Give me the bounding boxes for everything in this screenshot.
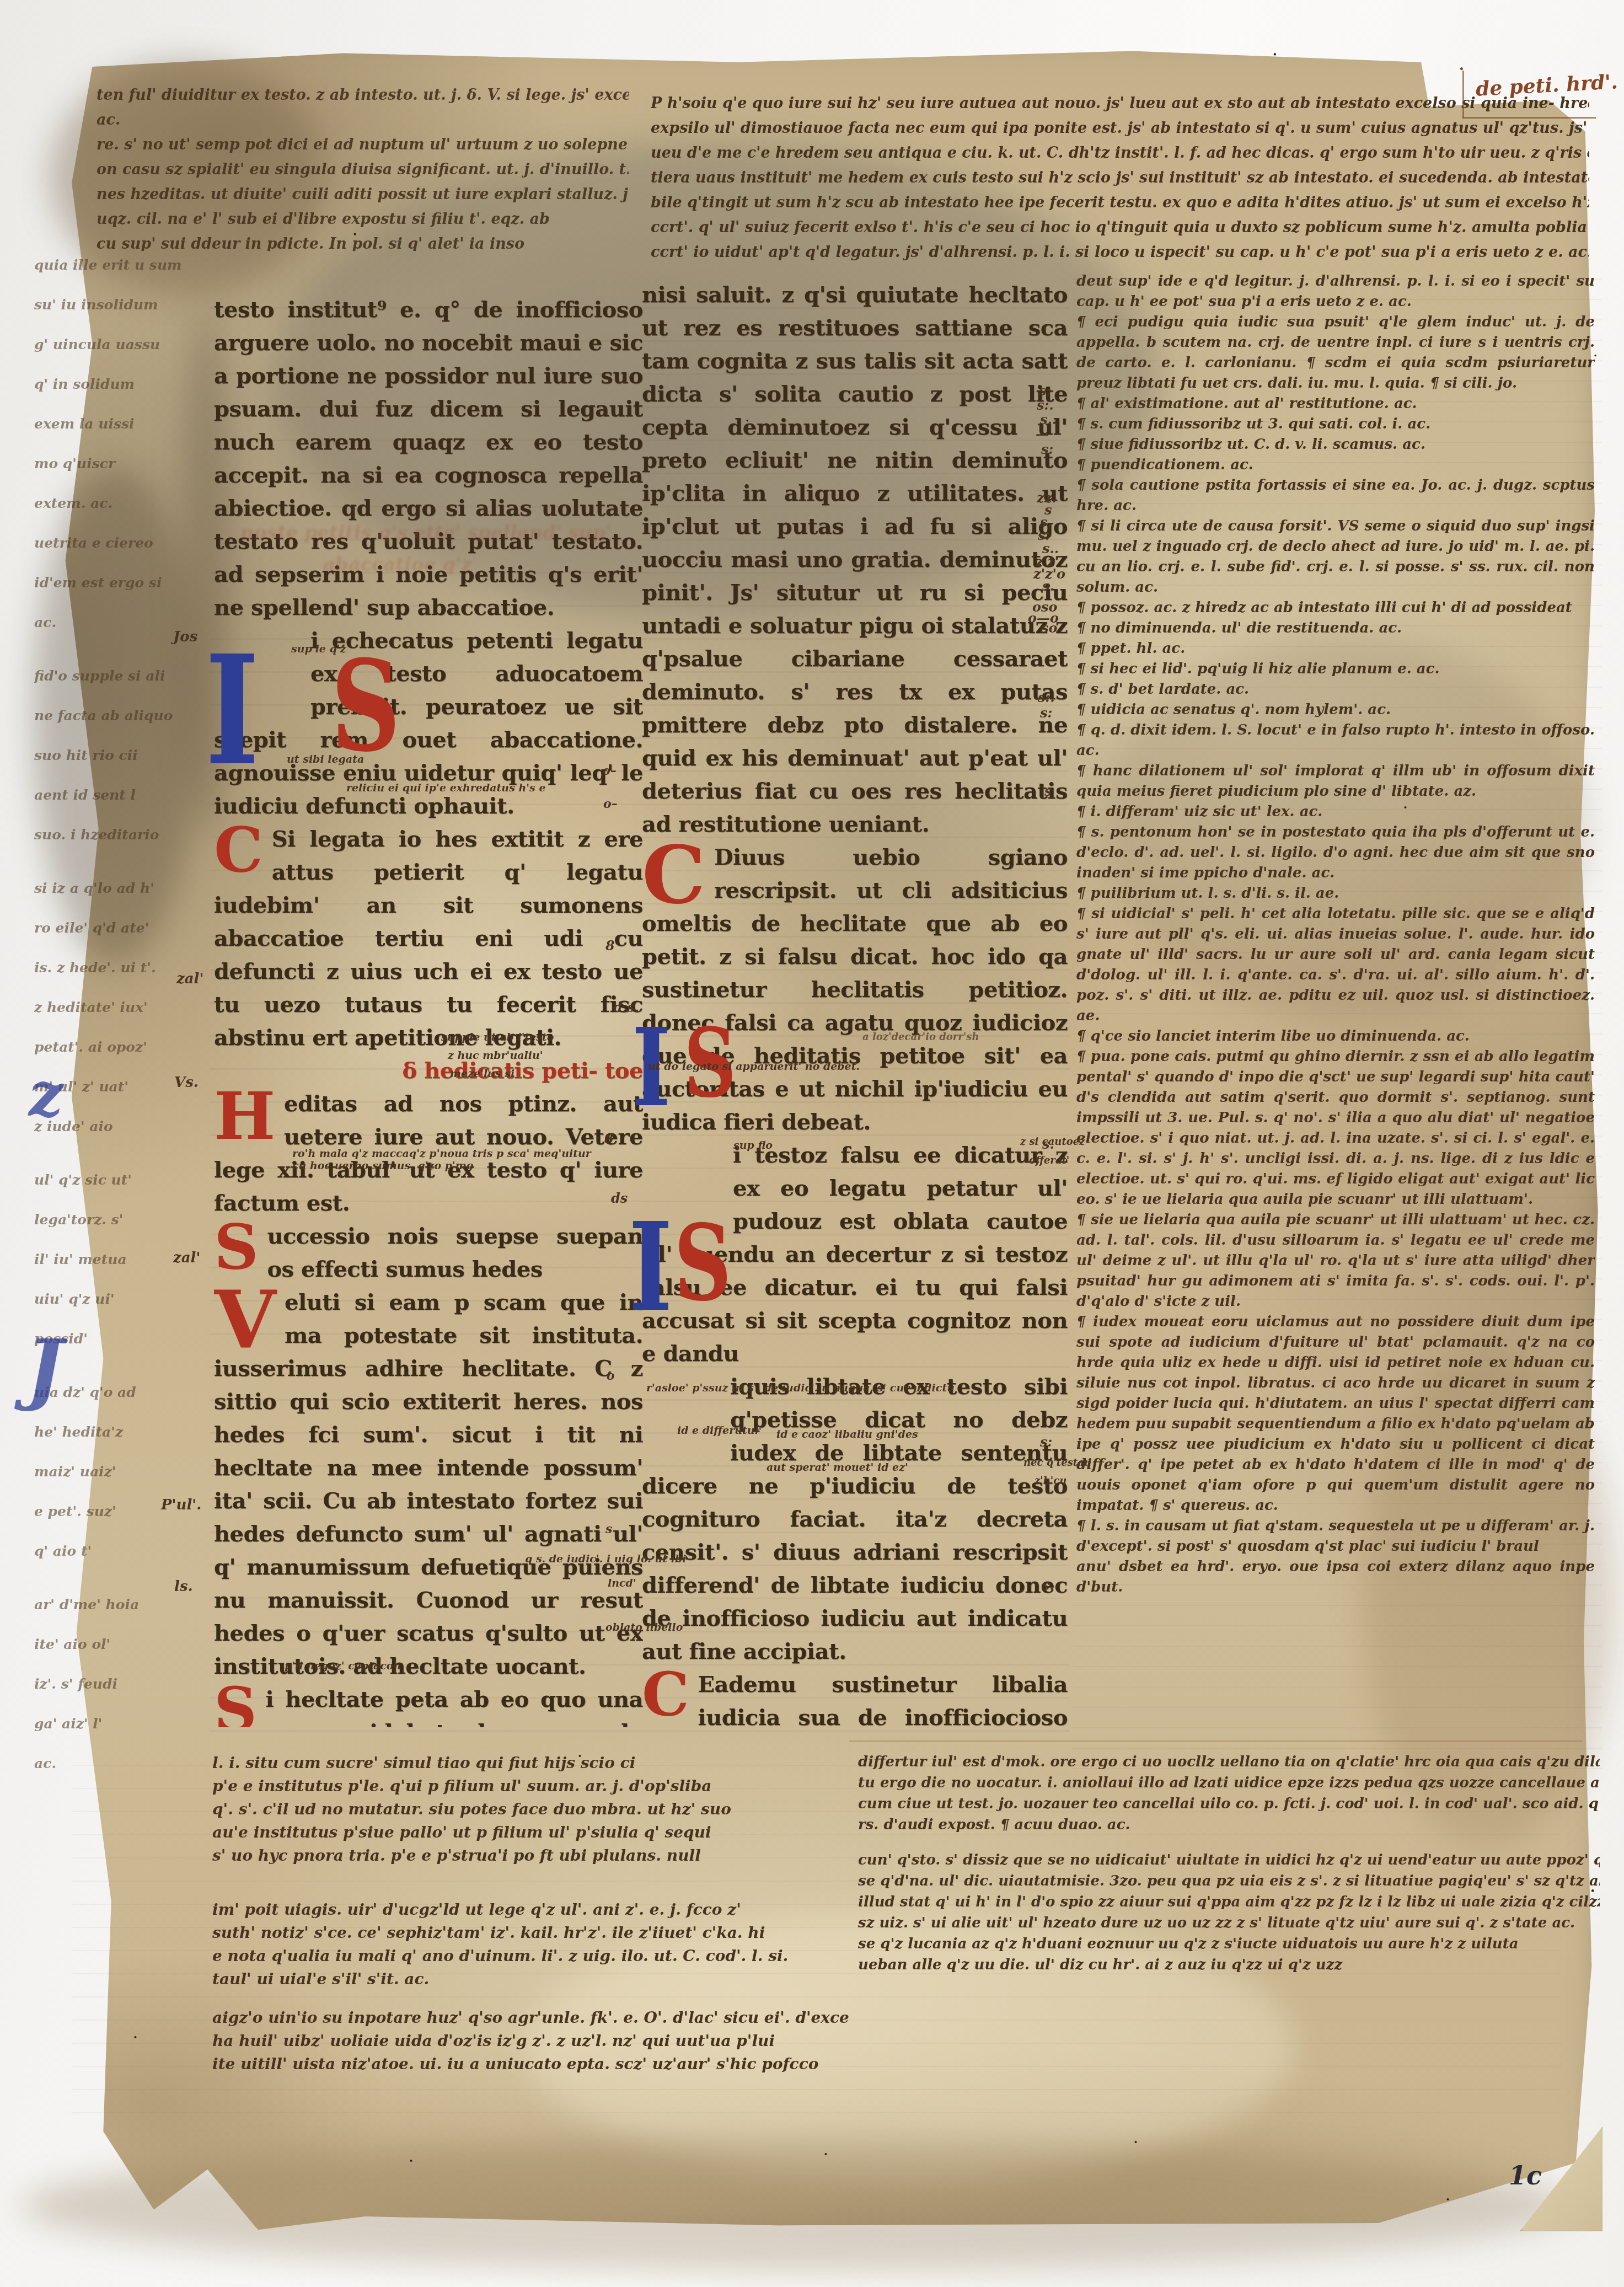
interlinear-note: meze'lus si <box>450 1068 514 1080</box>
gloss-line: p'e e institutus p'le. q'ui p filium ul'… <box>212 1775 849 1798</box>
ink-speck: • <box>1594 353 1597 359</box>
gloss-line: q'. s'. c'il ud no mutatur. siu potes fa… <box>212 1798 849 1821</box>
gloss-entry: ¶ puendicationem. ac. <box>1076 455 1595 475</box>
gloss-line: quia ille erit u sum <box>34 245 210 285</box>
paragraph-text: nisi saluit. z q'si quiutate hecltato ut… <box>642 282 1068 837</box>
bottom-gloss-right: differtur iul' est d'mok. ore ergo ci uo… <box>858 1752 1600 1994</box>
gloss-entry: ¶ pua. pone cais. putmi qu ghino diernir… <box>1076 1047 1595 1210</box>
interlinear-note: sup flo <box>733 1139 773 1151</box>
main-column-1: testo institut⁹ e. q° de inofficioso arg… <box>214 293 643 1727</box>
text-paragraph: Si hecltate peta ab eo quo una re possid… <box>214 1683 643 1727</box>
initial-S: S <box>214 1225 258 1270</box>
margin-sigla: d.s. <box>613 999 639 1015</box>
gloss-line: ueban alle q'z uu die. ul' diz cu hr'. a… <box>858 1954 1600 1975</box>
tie-mark: s. <box>1042 1577 1054 1593</box>
gloss-entry: ¶ si li circa ute de causa forsit'. VS s… <box>1076 516 1595 598</box>
bottom-gloss-left: l. i. situ cum sucre' simul tiao qui fiu… <box>212 1752 849 2113</box>
gloss-line: aigz'o uin'io su inpotare huz' q'so agr'… <box>212 2006 849 2029</box>
gloss-line: ga' aiz' l' <box>34 1704 210 1744</box>
text-paragraph: CEademu sustinetur libalia iudicia sua d… <box>642 1668 1068 1737</box>
photograph-backdrop: { "page": { "ink": "#3a2a18", "red": "#b… <box>0 0 1624 2287</box>
text-paragraph: CSi legata io hes extitit z ere attus pe… <box>214 823 643 1054</box>
gloss-line: uetrita e ciereo <box>34 523 210 563</box>
link-mark: o– <box>602 764 617 778</box>
tie-mark: s:. <box>1038 689 1055 705</box>
gloss-line <box>858 1835 1600 1850</box>
gloss-entry: ¶ s. d' bet lardate. ac. <box>1076 679 1595 700</box>
gloss-line: suo hit rio cii <box>34 736 210 775</box>
margin-flourish-blue: z <box>29 1059 63 1130</box>
gloss-entry: ¶ sie ue lielaria qua auila pie scuanr' … <box>1076 1210 1595 1312</box>
gloss-entry: ¶ s. cum fidiussoribz ut 3. qui sati. co… <box>1076 414 1595 435</box>
gloss-line: suo. i hzeditario <box>34 815 210 855</box>
tie-mark: s: <box>1041 441 1053 457</box>
text-paragraph: nisi saluit. z q'si quiutate hecltato ut… <box>642 278 1068 841</box>
gloss-line: iz'. s' feudi <box>34 1664 210 1704</box>
gloss-line: q' aio t' <box>34 1531 210 1571</box>
interlinear-note: supple ut ab i'testo <box>441 1031 554 1043</box>
gloss-line <box>212 1867 849 1883</box>
gloss-line: s' uo hyc pnora tria. p'e e p'strua'i po… <box>212 1844 849 1867</box>
paragraph-text: Si legata io hes extitit z ere attus pet… <box>214 826 643 1051</box>
ink-speck: • <box>353 231 357 238</box>
rubric: δ hedicatis peti- toe <box>214 1054 643 1088</box>
gloss-entry: ¶ eci pudigu quia iudic sua psuit' q'le … <box>1076 312 1595 394</box>
ink-speck: • <box>824 2151 828 2158</box>
gloss-line: ac. <box>34 1744 210 1783</box>
paragraph-text: i hecltate peta ab eo quo una re posside… <box>214 1686 643 1727</box>
gloss-line: ro eile' q'd ate' <box>34 908 210 948</box>
gloss-entry: ¶ s. pentonum hon' se in postestato quia… <box>1076 822 1595 883</box>
gloss-entry: ¶ l. s. in causam ut fiat q'stam. seques… <box>1076 1516 1595 1557</box>
ink-speck: • <box>1403 804 1407 811</box>
gloss-line: ccrt'. q' ul' suiuz fecerit exlso t'. h'… <box>651 215 1589 240</box>
prick-hole: • <box>1588 1802 1593 1811</box>
bracket-line-horizontal <box>1462 117 1596 119</box>
ink-speck: • <box>1273 51 1277 58</box>
gloss-entry: ¶ hanc dilationem ul' sol' implorat q' i… <box>1076 761 1595 802</box>
tie-mark: s: <box>1040 705 1052 721</box>
initial-H: H <box>214 1093 275 1140</box>
prick-hole: • <box>1590 1887 1595 1895</box>
margin-sigla: ds <box>611 1190 628 1206</box>
top-gloss-right: P h'soiu q'e quo iure sui hz' seu iure a… <box>651 91 1589 270</box>
gloss-entry: anu' dsbet ea hrd'. eryo. oue ipsa coi e… <box>1076 1557 1595 1598</box>
text-paragraph: Veluti si eam p scam que in ma potestate… <box>214 1286 643 1683</box>
link-mark: o– <box>603 797 618 811</box>
tie-mark: so <box>1041 620 1058 636</box>
gloss-line: cum ciue ut test. jo. uozauer teo cancel… <box>858 1793 1600 1814</box>
interlinear-note: z huc mbr'ualiu' <box>448 1049 543 1062</box>
gloss-entry: ¶ si hec ei lid'. pq'uig li hiz alie pla… <box>1076 659 1595 679</box>
interlinear-note: id e differutur <box>677 1424 760 1437</box>
ink-speck: • <box>409 2157 413 2165</box>
tie-mark: s <box>1044 783 1052 799</box>
gloss-line: nes hzeditas. ut diuite' cuili aditi pos… <box>97 182 629 207</box>
link-mark: o <box>607 1369 615 1383</box>
gloss-line: g' uincula uassu <box>34 325 210 365</box>
gloss-line: aent id sent l <box>34 775 210 815</box>
gloss-line: uqz. cil. na e' l' sub ei d'libre expost… <box>97 207 629 232</box>
gloss-line: ha huil' uibz' uoliaie uida d'oz'is iz'g… <box>212 2029 849 2053</box>
gloss-line: bile q'tingit ut sum h'z scu ab intestat… <box>651 190 1589 215</box>
bracket-line-vertical <box>1462 71 1464 118</box>
gloss-line: im' poit uiagis. uir' d'ucgz'ld ut lege … <box>212 1898 849 1921</box>
gloss-line: se q'd'na. ul' dic. uiautatmisie. 3zo. p… <box>858 1871 1600 1892</box>
gloss-line: P h'soiu q'e quo iure sui hz' seu iure a… <box>651 91 1589 116</box>
gloss-line: se q'z lucania az q'z h'duani eoznuur uu… <box>858 1933 1600 1954</box>
interlinear-note: oblato libello <box>605 1621 683 1633</box>
gloss-line: ne facta ab aliquo <box>34 696 210 736</box>
marginal-gloss-right: deut sup' ide e q'd legitur. j. d'alhren… <box>1076 271 1595 1760</box>
gloss-entry: ¶ q'ce sio lanciet interim libe uo dimin… <box>1076 1026 1595 1047</box>
gloss-line: illud stat q' ui h' in l' d'o spio zz ai… <box>858 1892 1600 1913</box>
gloss-line <box>34 1147 210 1160</box>
interlinear-note: aut sperat' mouet' id ez' <box>767 1461 908 1474</box>
paragraph-text: eluti si eam p scam que in ma potestate … <box>214 1289 643 1679</box>
initial-C: C <box>642 847 705 904</box>
gloss-entry: ¶ uidicia ac senatus q'. nom hylem'. ac. <box>1076 700 1595 720</box>
gloss-entry: ¶ ppet. hl. ac. <box>1076 639 1595 659</box>
gloss-entry: ¶ i. differam' uiz sic ut' lex. ac. <box>1076 802 1595 822</box>
gloss-line: mo q'uiscr <box>34 444 210 484</box>
ink-speck: • <box>1446 2196 1450 2203</box>
top-gloss-left: ten ful' diuiditur ex testo. z ab intest… <box>97 83 629 251</box>
gloss-line: tiera uaus instituit' me hedem ex cuis t… <box>651 165 1589 190</box>
margin-flourish-blue: J <box>26 1324 63 1414</box>
gloss-line: ul' q'z sic ut' <box>34 1160 210 1200</box>
gloss-line: ccrt' io uidut' ap't q'd legatur. js' d'… <box>651 240 1589 265</box>
margin-sigla: P'ul'. <box>161 1497 201 1513</box>
tie-mark: s:. <box>1037 397 1054 413</box>
gloss-entry: ¶ siue fidiussoribz ut. C. d. v. li. sca… <box>1076 435 1595 455</box>
interlinear-note: ro'h mala q'z maccaq'z p'noua tris p sca… <box>292 1148 601 1172</box>
gloss-line: fid'o supple si ali <box>34 656 210 696</box>
interlinear-note: nec q'testau <box>1023 1457 1091 1469</box>
gloss-line: tu ergo die no uocatur. i. aniollaui ill… <box>858 1772 1600 1793</box>
initial-S-red: S <box>674 1202 732 1324</box>
gloss-line <box>34 855 210 869</box>
gloss-line: ten ful' diuiditur ex testo. z ab intest… <box>97 83 629 108</box>
link-mark: 8 <box>605 938 615 954</box>
gloss-entry: ¶ no diminuenda. ul' die restituenda. ac… <box>1076 618 1595 639</box>
interlinear-note: offerat' <box>1029 1155 1069 1166</box>
initial-C: C <box>214 828 263 873</box>
gloss-line: expsilo ul' dimostiauoe facta nec eum qu… <box>651 116 1589 141</box>
gloss-line: l. i. situ cum sucre' simul tiao qui fiu… <box>212 1752 849 1775</box>
gloss-line: taul' ui uial'e s'il' s'it. ac. <box>212 1968 849 1991</box>
bracket-dot: • <box>1459 65 1464 74</box>
gloss-line: re. s' no ut' semp pot dici ei ad nuptum… <box>97 132 629 157</box>
gloss-entry: deut sup' ide e q'd legitur. j. d'alhren… <box>1076 271 1595 312</box>
gloss-line: ueu d'e me c'e hredem seu antiqua e ciu.… <box>651 141 1589 165</box>
interlinear-note: q s. de iudic'. i uig lo. ut ibi <box>525 1553 686 1565</box>
interlinear-note: lncd' <box>608 1577 636 1589</box>
margin-sigla: ls. <box>174 1578 193 1595</box>
gloss-line: ite uitill' uista niz'atoe. ui. iu a uni… <box>212 2053 849 2076</box>
offset-red-text: abaccatioe q'z <box>323 554 472 576</box>
gloss-line: sz uiz. s' ui alie uit' ul' hzeato dure … <box>858 1913 1600 1933</box>
tie-mark: s.. <box>1040 411 1057 427</box>
gloss-line: q' in solidum <box>34 365 210 404</box>
gloss-line: au'e institutus p'siue pallo' ut p filiu… <box>212 1821 849 1844</box>
gloss-line: extem. ac. <box>34 484 210 523</box>
text-paragraph: Successio nois suepse suepan os effecti … <box>214 1220 643 1286</box>
gloss-line: exem la uissi <box>34 404 210 444</box>
gloss-line: he' hedita'z <box>34 1412 210 1452</box>
interlinear-note: z'h'cu <box>1035 1475 1066 1487</box>
interlinear-note: ut sibi legata <box>287 753 364 765</box>
tie-mark: s: <box>1040 1434 1052 1450</box>
paragraph-text: uccessio nois suepse suepan os effecti s… <box>267 1223 643 1282</box>
link-mark: 8 <box>604 1131 614 1147</box>
interlinear-note: p'li negoz' ceptacon <box>285 1660 401 1672</box>
initial-S: S <box>214 1689 257 1727</box>
tie-mark: s: <box>1039 383 1051 399</box>
gloss-entry: ¶ possoz. ac. z hiredz ac ab intestato i… <box>1076 598 1595 618</box>
margin-sigla: zal' <box>176 971 203 987</box>
corner-title-note: de peti. hrd'. <box>1475 70 1618 100</box>
tie-mark: — <box>1036 426 1049 442</box>
ink-speck: • <box>133 2034 137 2041</box>
gloss-line: su' iu insolidum <box>34 285 210 325</box>
initial-V: V <box>214 1292 276 1349</box>
initial-I-blue: I <box>629 1196 673 1339</box>
gloss-line: ac. <box>97 108 629 132</box>
ink-speck: • <box>746 418 749 424</box>
interlinear-note: r'asloe' p'ssuz ut s'. de iudic'. u nuqu… <box>646 1382 955 1394</box>
gloss-line: e nota q'ualia iu mali q' ano d'uinum. l… <box>212 1945 849 1968</box>
gloss-line <box>212 1991 849 2006</box>
gloss-line: lega'torz. s' <box>34 1200 210 1240</box>
gloss-entry: ¶ si uidicial' s' peli. h' cet alia lote… <box>1076 904 1595 1026</box>
gloss-line: suth' notiz' s'ce. ce' sephiz'tam' iz'. … <box>212 1921 849 1945</box>
gloss-line: si iz a q'lo ad h' <box>34 869 210 908</box>
ink-speck: • <box>1134 2139 1138 2146</box>
ink-speck: • <box>578 1753 582 1760</box>
gloss-entry: ¶ iudex moueat eoru uiclamus aut no poss… <box>1076 1312 1595 1516</box>
gloss-line: differtur iul' est d'mok. ore ergo ci uo… <box>858 1752 1600 1772</box>
offset-red-text: noste petitis q's ette' spellend' sup' <box>240 522 611 544</box>
interlinear-note: id e caoz' libaliu gni'des <box>776 1428 918 1440</box>
margin-sigla: Vs. <box>174 1074 199 1091</box>
gloss-line: rs. d'audi expost. ¶ acuu duao. ac. <box>858 1814 1600 1835</box>
gloss-entry: ¶ q. d. dixit idem. l. S. locut' e in fa… <box>1076 720 1595 761</box>
gloss-line: maiz' uaiz' <box>34 1452 210 1492</box>
gloss-line: uiu' q'z ui' <box>34 1279 210 1319</box>
tie-mark: s. <box>1042 578 1054 594</box>
initial-C: C <box>642 1674 689 1717</box>
gloss-entry: ¶ puilibrium ut. l. s. d'li. s. il. ae. <box>1076 883 1595 904</box>
gloss-line: z heditate' iux' <box>34 988 210 1027</box>
gloss-line: on casu sz spialit' eu singula diuisa si… <box>97 157 629 182</box>
margin-sigla: zal' <box>173 1250 200 1266</box>
margin-sigla: Jos <box>173 629 197 645</box>
gloss-line <box>212 1883 849 1898</box>
gloss-entry: ¶ sola cautione pstita fortassis ei sine… <box>1076 475 1595 516</box>
gloss-line: id'em est ergo si <box>34 563 210 603</box>
tie-mark: s. <box>1042 1136 1054 1152</box>
gloss-line: ite' aio ol' <box>34 1625 210 1664</box>
initial-I-blue: I <box>205 622 259 799</box>
interlinear-note: reliciu ei qui ip'e exhredatus h's e <box>346 782 545 794</box>
interlinear-note: a loz'decar'io dorr'sh <box>862 1031 979 1043</box>
paragraph-text: Eademu sustinetur libalia iudicia sua de… <box>642 1672 1068 1737</box>
folio-number: 1c <box>1509 2161 1542 2190</box>
interlinear-note: sup'le q'z <box>291 643 346 655</box>
gloss-entry: ¶ al' existimatione. aut al' restitution… <box>1076 394 1595 414</box>
link-mark: s <box>605 1522 612 1536</box>
interlinear-note: ut do legato si apparuerit' no debet. <box>648 1061 860 1073</box>
text-paragraph: iquis libtate ex testo sibi q'petisse di… <box>642 1370 1068 1668</box>
gloss-line: cun' q'sto. s' dissiz que se no uidicaiu… <box>858 1850 1600 1871</box>
